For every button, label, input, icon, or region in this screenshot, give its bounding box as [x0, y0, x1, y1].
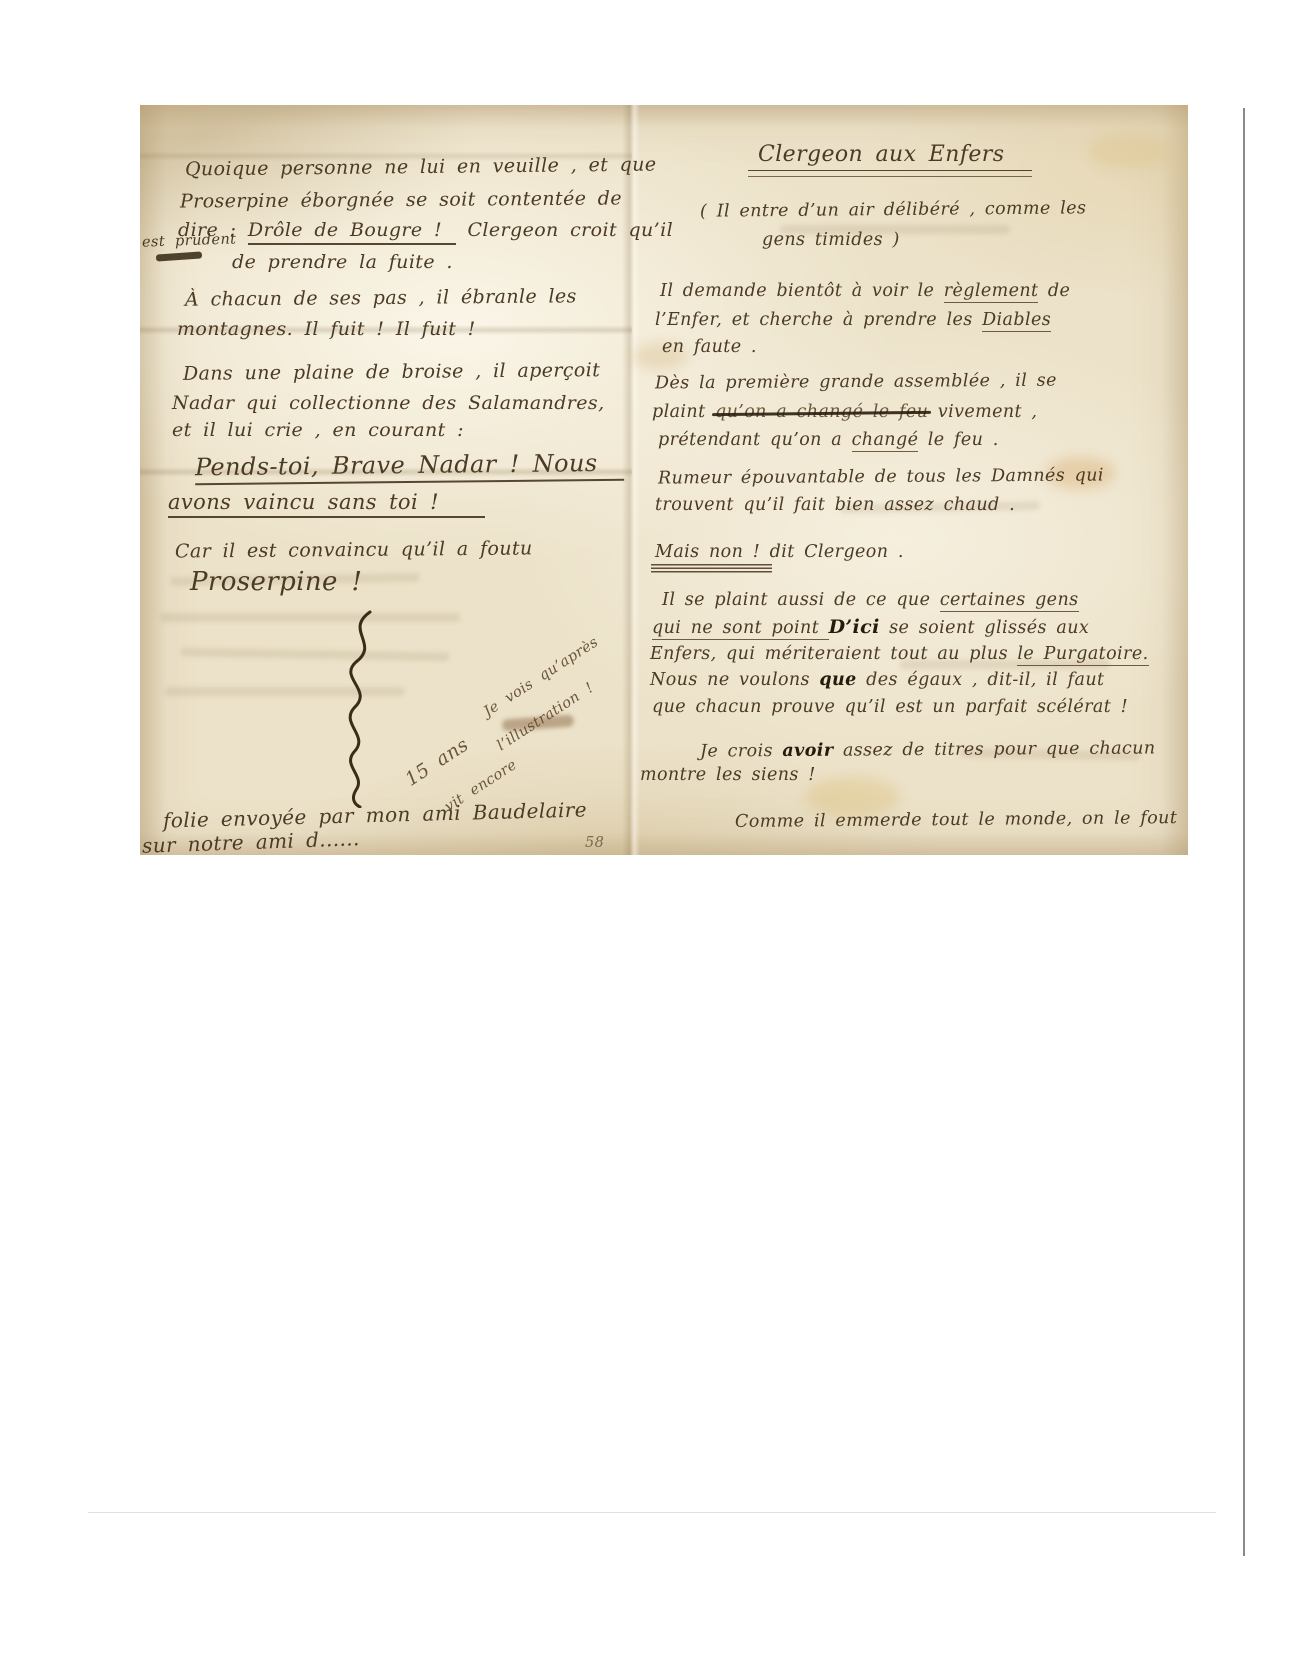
- line-text: À chacun de ses pas , il ébranle les: [185, 285, 577, 310]
- handwritten-line: Rumeur épouvantable de tous les Damnés q…: [658, 466, 1104, 487]
- line-text: 15 ans: [401, 734, 472, 791]
- handwritten-line: Nadar qui collectionne des Salamandres,: [172, 394, 605, 414]
- handwritten-line: prétendant qu’on a changé le feu .: [658, 431, 999, 449]
- line-text: est prudent: [142, 231, 237, 250]
- handwritten-line: que chacun prouve qu’il est un parfait s…: [652, 698, 1128, 716]
- line-text: et il lui crie , en courant :: [172, 419, 464, 441]
- line-text: Enfers, qui mériteraient tout au plus: [650, 644, 1017, 664]
- handwritten-line: Comme il emmerde tout le monde, on le fo…: [735, 809, 1177, 831]
- handwritten-line: Quoique personne ne lui en veuille , et …: [185, 156, 657, 181]
- line-text: des égaux , dit-il, il faut: [857, 670, 1105, 690]
- handwritten-line: Car il est convaincu qu’il a foutu: [175, 539, 533, 562]
- handwritten-line: trouvent qu’il fait bien assez chaud .: [655, 496, 1015, 514]
- layout-rule-vertical: [1243, 108, 1245, 1556]
- line-text: Nadar qui collectionne des Salamandres,: [172, 392, 605, 414]
- line-text: folie envoyée par mon ami Baudelaire: [163, 797, 587, 832]
- handwritten-line: de prendre la fuite .: [232, 253, 453, 273]
- handwritten-line: montre les siens !: [640, 766, 816, 784]
- underlined-phrase: avons vaincu sans toi !: [168, 490, 485, 518]
- layout-rule-horizontal: [88, 1512, 1216, 1513]
- ink-bleed-ghost: [160, 613, 460, 622]
- handwritten-line: À chacun de ses pas , il ébranle les: [185, 287, 577, 310]
- line-text: gens timides ): [762, 230, 900, 250]
- handwritten-line: et il lui crie , en courant :: [172, 421, 464, 441]
- handwritten-line: Je crois avoir assez de titres pour que …: [700, 739, 1156, 761]
- scratched-out-word: [156, 251, 202, 261]
- line-text: l’Enfer, et cherche à prendre les: [655, 310, 982, 330]
- triple-underlined-phrase: Mais non !: [655, 542, 760, 562]
- underlined-phrase: Pends-toi, Brave Nadar ! Nous: [195, 449, 624, 485]
- line-text: Proserpine !: [190, 567, 362, 597]
- line-text: Je vois qu’après: [481, 634, 601, 720]
- line-text: Rumeur épouvantable de tous les Damnés q…: [658, 465, 1104, 488]
- line-text: Comme il emmerde tout le monde, on le fo…: [735, 808, 1177, 832]
- paper-stain: [1088, 133, 1168, 169]
- center-fold: [622, 105, 640, 855]
- emphasized-word: avoir: [782, 741, 833, 761]
- line-text: Il se plaint aussi de ce que: [662, 590, 940, 610]
- line-text: en faute .: [662, 337, 757, 357]
- line-text: montre les siens !: [640, 765, 816, 785]
- handwritten-exclamation: avons vaincu sans toi !: [168, 491, 485, 513]
- handwritten-line: Nous ne voulons que des égaux , dit-il, …: [650, 671, 1104, 689]
- handwritten-line: plaint qu’on a changé le feu vivement ,: [652, 403, 1037, 421]
- line-text: montagnes. Il fuit ! Il fuit !: [177, 318, 476, 340]
- diagonal-annotation: Je vois qu’après: [482, 635, 602, 720]
- page-title: Clergeon aux Enfers: [758, 143, 1004, 166]
- diagonal-annotation: 15 ans: [402, 735, 472, 790]
- handwritten-line: montagnes. Il fuit ! Il fuit !: [177, 320, 476, 340]
- line-text: prétendant qu’on a: [658, 430, 852, 450]
- stage-direction: ( Il entre d’un air délibéré , comme les: [700, 199, 1086, 221]
- underlined-phrase: Drôle de Bougre !: [248, 219, 456, 245]
- handwritten-line: Enfers, qui mériteraient tout au plus le…: [650, 645, 1149, 663]
- line-text: le feu .: [918, 430, 998, 450]
- handwritten-line: Dans une plaine de broise , il aperçoit: [183, 361, 600, 385]
- underlined-phrase: changé: [852, 430, 919, 452]
- handwritten-exclamation: Pends-toi, Brave Nadar ! Nous: [195, 451, 624, 481]
- line-text: Quoique personne ne lui en veuille , et …: [185, 154, 657, 181]
- manuscript-scan: Quoique personne ne lui en veuille , et …: [140, 105, 1188, 855]
- emphasized-word: que: [819, 670, 856, 690]
- underlined-phrase: qui ne sont point: [652, 618, 829, 640]
- line-text: Je crois: [700, 741, 783, 762]
- handwritten-line: l’Enfer, et cherche à prendre les Diable…: [655, 311, 1051, 329]
- line-text: que chacun prouve qu’il est un parfait s…: [652, 697, 1128, 717]
- handwritten-line: Il se plaint aussi de ce que certaines g…: [662, 591, 1079, 609]
- line-text: Il demande bientôt à voir le: [660, 281, 944, 301]
- line-text: dit Clergeon .: [760, 542, 904, 562]
- line-text: Proserpine éborgnée se soit contentée de: [180, 187, 622, 212]
- page-number: 58: [585, 836, 604, 851]
- line-text: se soient glissés aux: [880, 618, 1089, 638]
- line-text: Dès la première grande assemblée , il se: [655, 371, 1057, 394]
- squiggle-flourish: [338, 608, 386, 808]
- line-text: de prendre la fuite .: [232, 251, 453, 273]
- handwritten-line: Il demande bientôt à voir le règlement d…: [660, 282, 1070, 300]
- page-number-text: 58: [585, 835, 604, 851]
- handwritten-line: Dès la première grande assemblée , il se: [655, 372, 1057, 393]
- handwritten-line: Proserpine éborgnée se soit contentée de: [180, 189, 622, 212]
- line-text: vivement ,: [928, 402, 1037, 422]
- underlined-title: Clergeon aux Enfers: [758, 142, 1004, 167]
- handwritten-line: Proserpine !: [190, 569, 362, 596]
- line-text: ( Il entre d’un air délibéré , comme les: [700, 198, 1087, 221]
- page-background: Quoique personne ne lui en veuille , et …: [0, 0, 1301, 1672]
- marginal-insertion: est prudent: [142, 232, 237, 251]
- ink-smudge: [502, 715, 575, 732]
- underlined-phrase: règlement: [944, 281, 1039, 303]
- line-text: Car il est convaincu qu’il a foutu: [175, 537, 533, 562]
- struck-through-phrase: qu’on a changé le feu: [715, 402, 928, 422]
- line-text: Nous ne voulons: [650, 670, 819, 690]
- attribution-note: folie envoyée par mon ami Baudelaire: [163, 799, 587, 831]
- line-text: assez de titres pour que chacun: [833, 738, 1155, 760]
- line-text: Clergeon croit qu’il: [456, 219, 673, 241]
- underlined-phrase: certaines gens: [940, 590, 1079, 612]
- stage-direction: gens timides ): [762, 231, 900, 249]
- handwritten-line: en faute .: [662, 338, 757, 356]
- emphasized-word: D’ici: [829, 616, 880, 638]
- underlined-phrase: le Purgatoire.: [1017, 644, 1148, 666]
- handwritten-line: qui ne sont point D’ici se soient glissé…: [652, 618, 1089, 638]
- line-text: trouvent qu’il fait bien assez chaud .: [655, 495, 1015, 515]
- attribution-note: sur notre ami d......: [142, 828, 360, 857]
- underlined-phrase: Diables: [982, 310, 1051, 332]
- line-text: Dans une plaine de broise , il aperçoit: [183, 359, 600, 385]
- ink-bleed-ghost: [180, 648, 450, 662]
- line-text: plaint: [652, 402, 715, 422]
- line-text: de: [1038, 281, 1070, 301]
- handwritten-line: dire : Drôle de Bougre ! Clergeon croit …: [178, 221, 673, 241]
- handwritten-line: Mais non ! dit Clergeon .: [655, 543, 904, 561]
